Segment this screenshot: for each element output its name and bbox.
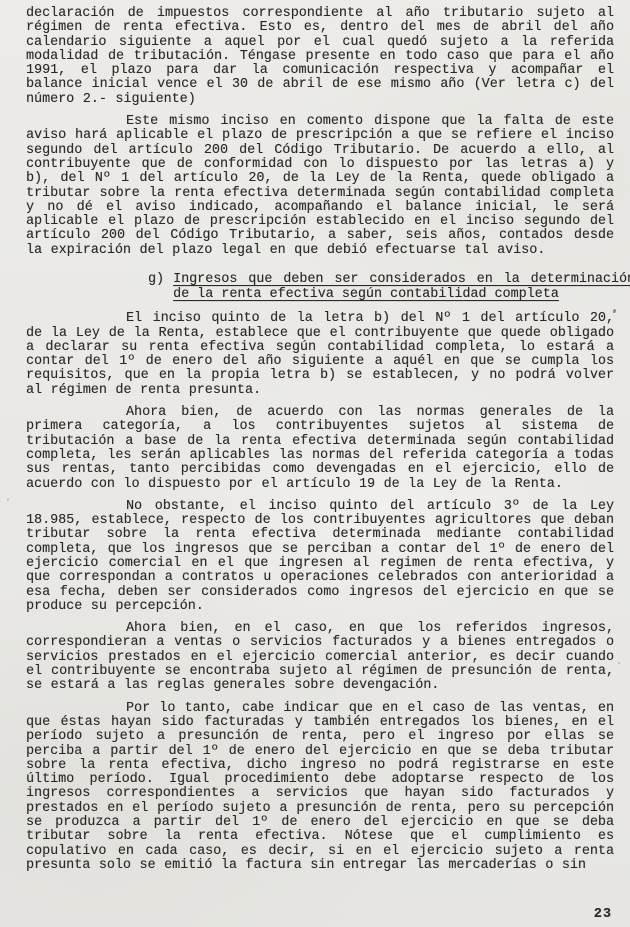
section-heading-g: g) Ingresos que deben ser considerados e… [148,273,614,302]
scan-speck [613,309,617,314]
scan-speck [618,662,620,664]
paragraph-este-mismo-inciso: Este mismo inciso en comento dispone que… [26,115,614,258]
paragraph-no-obstante-ley-18985: No obstante, el inciso quinto del artícu… [26,500,614,614]
paragraph-normas-generales: Ahora bien, de acuerdo con las normas ge… [26,406,614,492]
paragraph-continuation-declaracion: declaración de impuestos correspondiente… [26,7,614,107]
document-page: declaración de impuestos correspondiente… [0,0,630,927]
scan-speck [7,498,9,501]
paragraph-por-lo-tanto-ventas: Por lo tanto, cabe indicar que en el cas… [26,702,614,874]
section-heading-letter: g) [148,273,173,302]
paragraph-inciso-quinto-letra-b: El inciso quinto de la letra b) del Nº 1… [26,312,614,398]
paragraph-referidos-ingresos: Ahora bien, en el caso, en que los refer… [26,622,614,693]
page-number: 23 [594,907,612,922]
section-heading-title: Ingresos que deben ser considerados en l… [173,273,630,302]
